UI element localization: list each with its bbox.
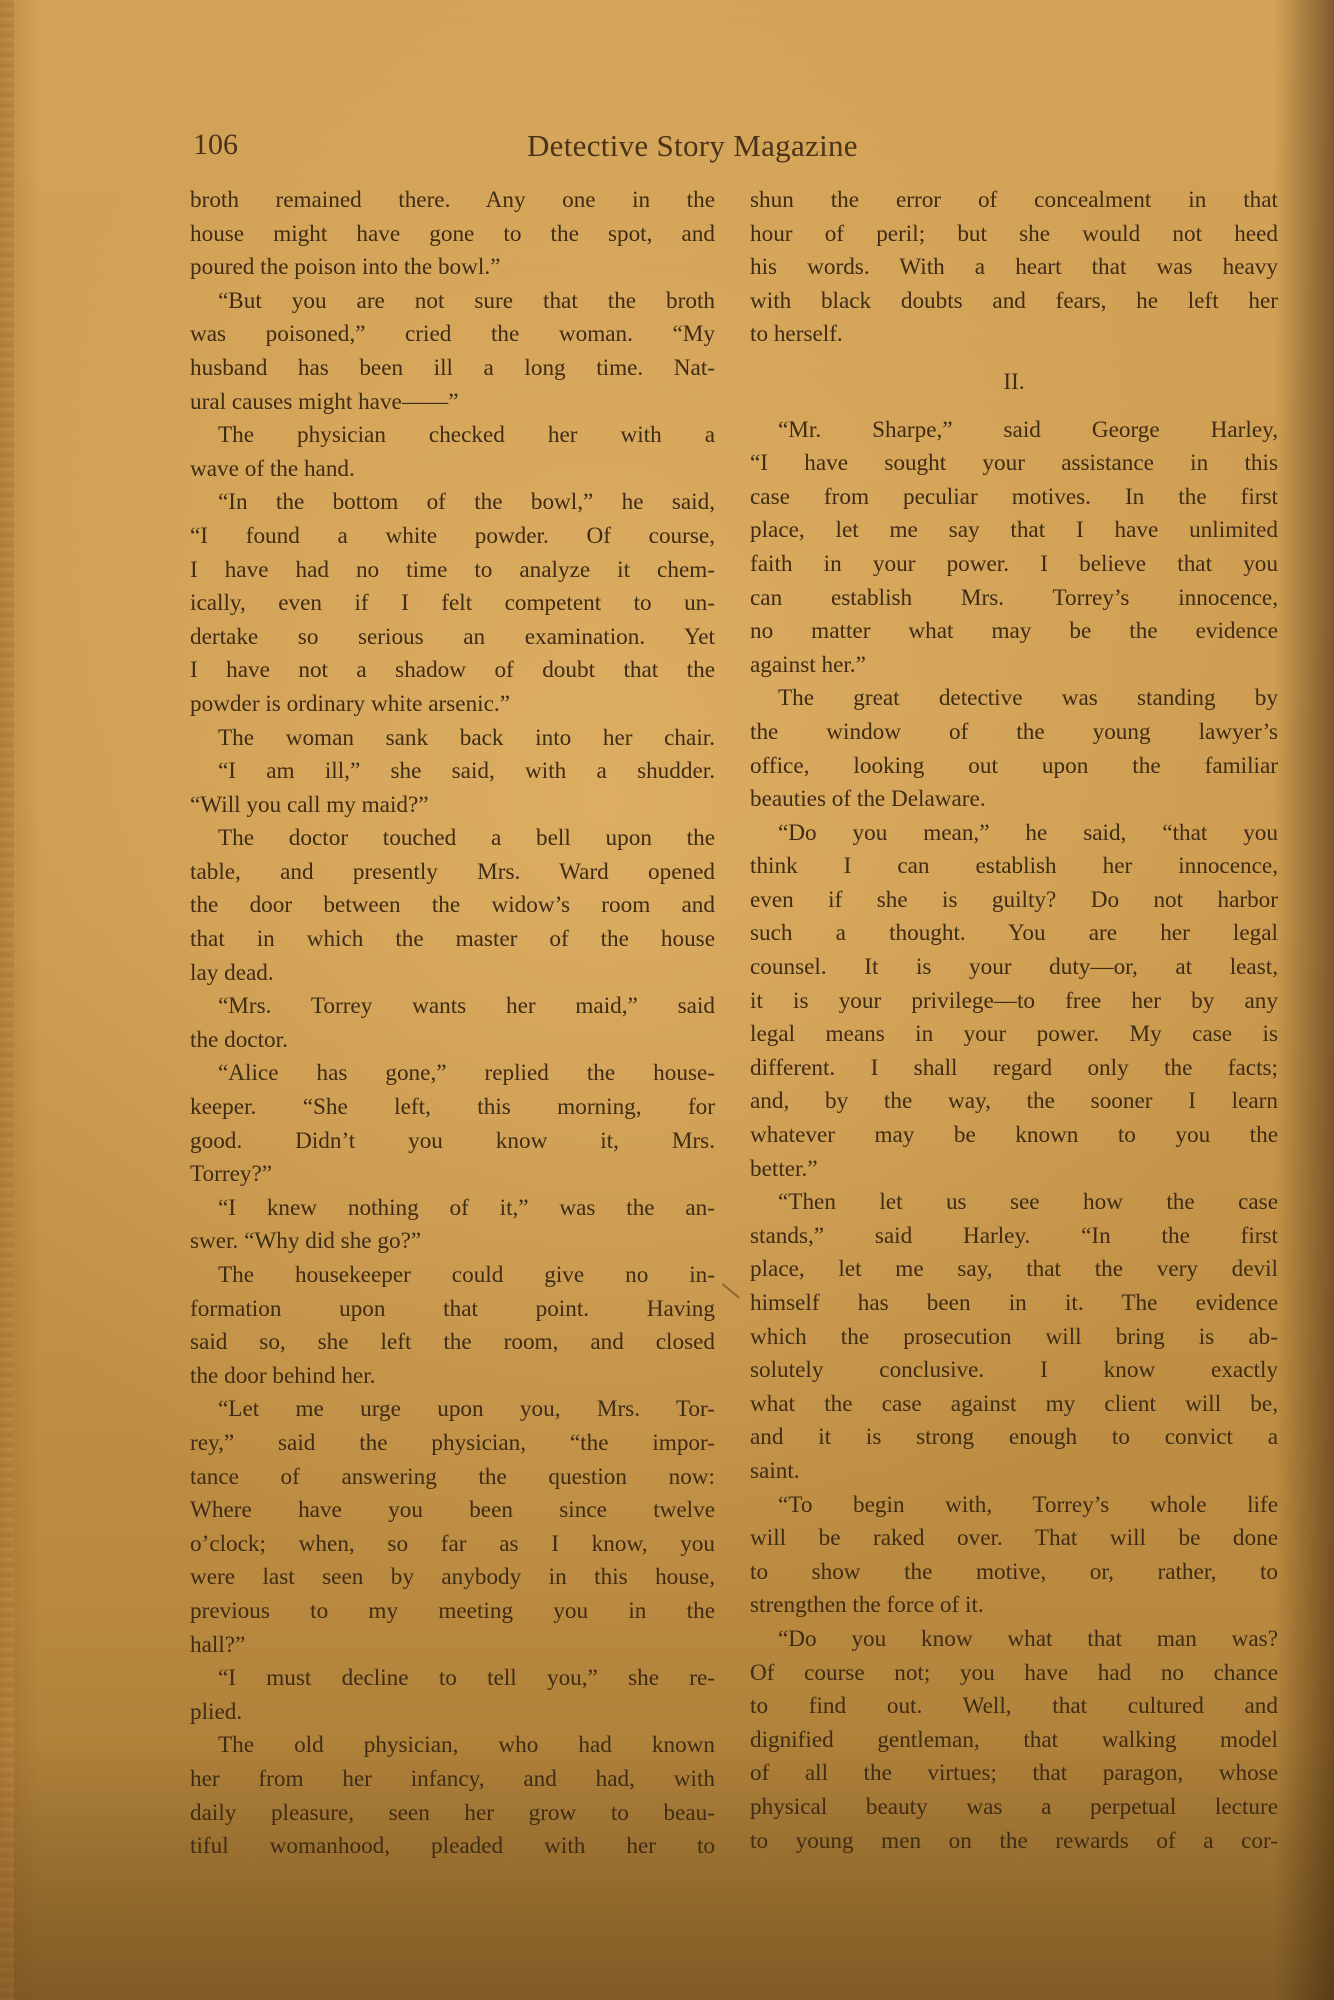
text-line: poured the poison into the bowl.” bbox=[190, 251, 715, 285]
text-line: daily pleasure, seen her grow to beau- bbox=[190, 1797, 715, 1831]
text-line: “I must decline to tell you,” she re- bbox=[190, 1662, 715, 1696]
text-line: stands,” said Harley. “In the first bbox=[750, 1220, 1278, 1254]
magazine-page: 106 Detective Story Magazine broth remai… bbox=[0, 0, 1334, 2000]
text-line: think I can establish her innocence, bbox=[750, 850, 1278, 884]
text-line: physical beauty was a perpetual lecture bbox=[750, 1791, 1278, 1825]
right-column-before-break: shun the error of concealment in thathou… bbox=[750, 184, 1278, 352]
text-line: broth remained there. Any one in the bbox=[190, 184, 715, 218]
text-line: Torrey?” bbox=[190, 1158, 715, 1192]
text-line: solutely conclusive. I know exactly bbox=[750, 1354, 1278, 1388]
text-line: whatever may be known to you the bbox=[750, 1119, 1278, 1153]
text-line: The doctor touched a bell upon the bbox=[190, 822, 715, 856]
right-column-after-break: “Mr. Sharpe,” said George Harley,“I have… bbox=[750, 414, 1278, 1859]
text-line: “Then let us see how the case bbox=[750, 1186, 1278, 1220]
text-line: tance of answering the question now: bbox=[190, 1461, 715, 1495]
text-line: was poisoned,” cried the woman. “My bbox=[190, 318, 715, 352]
text-line: no matter what may be the evidence bbox=[750, 615, 1278, 649]
text-line: place, let me say that I have unlimited bbox=[750, 514, 1278, 548]
text-line: with black doubts and fears, he left her bbox=[750, 285, 1278, 319]
text-line: rey,” said the physician, “the impor- bbox=[190, 1427, 715, 1461]
text-line: Where have you been since twelve bbox=[190, 1494, 715, 1528]
text-line: his words. With a heart that was heavy bbox=[750, 251, 1278, 285]
section-spacer bbox=[750, 400, 1278, 414]
text-line: better.” bbox=[750, 1153, 1278, 1187]
text-line: office, looking out upon the familiar bbox=[750, 750, 1278, 784]
text-line: will be raked over. That will be done bbox=[750, 1522, 1278, 1556]
text-line: tiful womanhood, pleaded with her to bbox=[190, 1830, 715, 1864]
text-line: “In the bottom of the bowl,” he said, bbox=[190, 486, 715, 520]
text-line: The great detective was standing by bbox=[750, 682, 1278, 716]
text-line: to young men on the rewards of a cor- bbox=[750, 1825, 1278, 1859]
text-line: and, by the way, the sooner I learn bbox=[750, 1085, 1278, 1119]
text-line: her from her infancy, and had, with bbox=[190, 1763, 715, 1797]
text-line: saint. bbox=[750, 1455, 1278, 1489]
text-line: it is your privilege—to free her by any bbox=[750, 985, 1278, 1019]
text-line: “To begin with, Torrey’s whole life bbox=[750, 1489, 1278, 1523]
text-line: that in which the master of the house bbox=[190, 923, 715, 957]
text-line: The old physician, who had known bbox=[190, 1729, 715, 1763]
text-line: I have not a shadow of doubt that the bbox=[190, 654, 715, 688]
text-line: which the prosecution will bring is ab- bbox=[750, 1321, 1278, 1355]
text-line: case from peculiar motives. In the first bbox=[750, 481, 1278, 515]
text-line: himself has been in it. The evidence bbox=[750, 1287, 1278, 1321]
text-line: “Mr. Sharpe,” said George Harley, bbox=[750, 414, 1278, 448]
text-line: I have had no time to analyze it chem- bbox=[190, 554, 715, 588]
text-line: “Will you call my maid?” bbox=[190, 789, 715, 823]
text-line: good. Didn’t you know it, Mrs. bbox=[190, 1125, 715, 1159]
text-line: the door behind her. bbox=[190, 1360, 715, 1394]
running-head: 106 Detective Story Magazine bbox=[193, 128, 993, 172]
text-line: lay dead. bbox=[190, 957, 715, 991]
text-line: to find out. Well, that cultured and bbox=[750, 1690, 1278, 1724]
text-line: and it is strong enough to convict a bbox=[750, 1421, 1278, 1455]
text-line: the window of the young lawyer’s bbox=[750, 716, 1278, 750]
binding-edge bbox=[0, 0, 14, 2000]
text-line: “But you are not sure that the broth bbox=[190, 285, 715, 319]
text-line: the doctor. bbox=[190, 1024, 715, 1058]
text-line: different. I shall regard only the facts… bbox=[750, 1052, 1278, 1086]
text-line: “I am ill,” she said, with a shudder. bbox=[190, 755, 715, 789]
text-line: The housekeeper could give no in- bbox=[190, 1259, 715, 1293]
text-line: were last seen by anybody in this house, bbox=[190, 1561, 715, 1595]
text-line: previous to my meeting you in the bbox=[190, 1595, 715, 1629]
text-line: faith in your power. I believe that you bbox=[750, 548, 1278, 582]
text-line: The woman sank back into her chair. bbox=[190, 722, 715, 756]
text-line: The physician checked her with a bbox=[190, 419, 715, 453]
text-line: wave of the hand. bbox=[190, 453, 715, 487]
text-line: dignified gentleman, that walking model bbox=[750, 1724, 1278, 1758]
text-line: hall?” bbox=[190, 1629, 715, 1663]
text-line: legal means in your power. My case is bbox=[750, 1018, 1278, 1052]
text-line: the door between the widow’s room and bbox=[190, 889, 715, 923]
text-line: against her.” bbox=[750, 649, 1278, 683]
text-line: can establish Mrs. Torrey’s innocence, bbox=[750, 582, 1278, 616]
text-line: keeper. “She left, this morning, for bbox=[190, 1091, 715, 1125]
text-line: o’clock; when, so far as I know, you bbox=[190, 1528, 715, 1562]
text-line: hour of peril; but she would not heed bbox=[750, 218, 1278, 252]
margin-mark bbox=[722, 1283, 740, 1299]
text-line: shun the error of concealment in that bbox=[750, 184, 1278, 218]
text-line: swer. “Why did she go?” bbox=[190, 1225, 715, 1259]
text-line: dertake so serious an examination. Yet bbox=[190, 621, 715, 655]
text-line: “I have sought your assistance in this bbox=[750, 447, 1278, 481]
text-line: of all the virtues; that paragon, whose bbox=[750, 1757, 1278, 1791]
text-line: to herself. bbox=[750, 318, 1278, 352]
text-line: place, let me say, that the very devil bbox=[750, 1253, 1278, 1287]
text-line: “Alice has gone,” replied the house- bbox=[190, 1057, 715, 1091]
text-line: husband has been ill a long time. Nat- bbox=[190, 352, 715, 386]
text-line: to show the motive, or, rather, to bbox=[750, 1556, 1278, 1590]
text-line: such a thought. You are her legal bbox=[750, 917, 1278, 951]
text-line: house might have gone to the spot, and bbox=[190, 218, 715, 252]
text-line: powder is ordinary white arsenic.” bbox=[190, 688, 715, 722]
magazine-title: Detective Story Magazine bbox=[527, 128, 858, 164]
text-line: “Do you mean,” he said, “that you bbox=[750, 817, 1278, 851]
text-line: “Do you know what that man was? bbox=[750, 1623, 1278, 1657]
text-line: “Mrs. Torrey wants her maid,” said bbox=[190, 990, 715, 1024]
text-line: “I found a white powder. Of course, bbox=[190, 520, 715, 554]
text-line: table, and presently Mrs. Ward opened bbox=[190, 856, 715, 890]
section-heading: II. bbox=[750, 366, 1278, 400]
text-line: even if she is guilty? Do not harbor bbox=[750, 884, 1278, 918]
text-line: plied. bbox=[190, 1696, 715, 1730]
text-line: ural causes might have——” bbox=[190, 386, 715, 420]
page-number: 106 bbox=[193, 128, 238, 162]
text-line: counsel. It is your duty—or, at least, bbox=[750, 951, 1278, 985]
right-column: shun the error of concealment in thathou… bbox=[750, 184, 1278, 1858]
text-line: Of course not; you have had no chance bbox=[750, 1657, 1278, 1691]
section-spacer bbox=[750, 352, 1278, 366]
text-line: what the case against my client will be, bbox=[750, 1388, 1278, 1422]
text-line: beauties of the Delaware. bbox=[750, 783, 1278, 817]
text-line: “I knew nothing of it,” was the an- bbox=[190, 1192, 715, 1226]
text-line: “Let me urge upon you, Mrs. Tor- bbox=[190, 1393, 715, 1427]
left-column: broth remained there. Any one in thehous… bbox=[190, 184, 715, 1864]
text-line: strengthen the force of it. bbox=[750, 1589, 1278, 1623]
text-line: formation upon that point. Having bbox=[190, 1293, 715, 1327]
text-line: said so, she left the room, and closed bbox=[190, 1326, 715, 1360]
text-line: ically, even if I felt competent to un- bbox=[190, 587, 715, 621]
